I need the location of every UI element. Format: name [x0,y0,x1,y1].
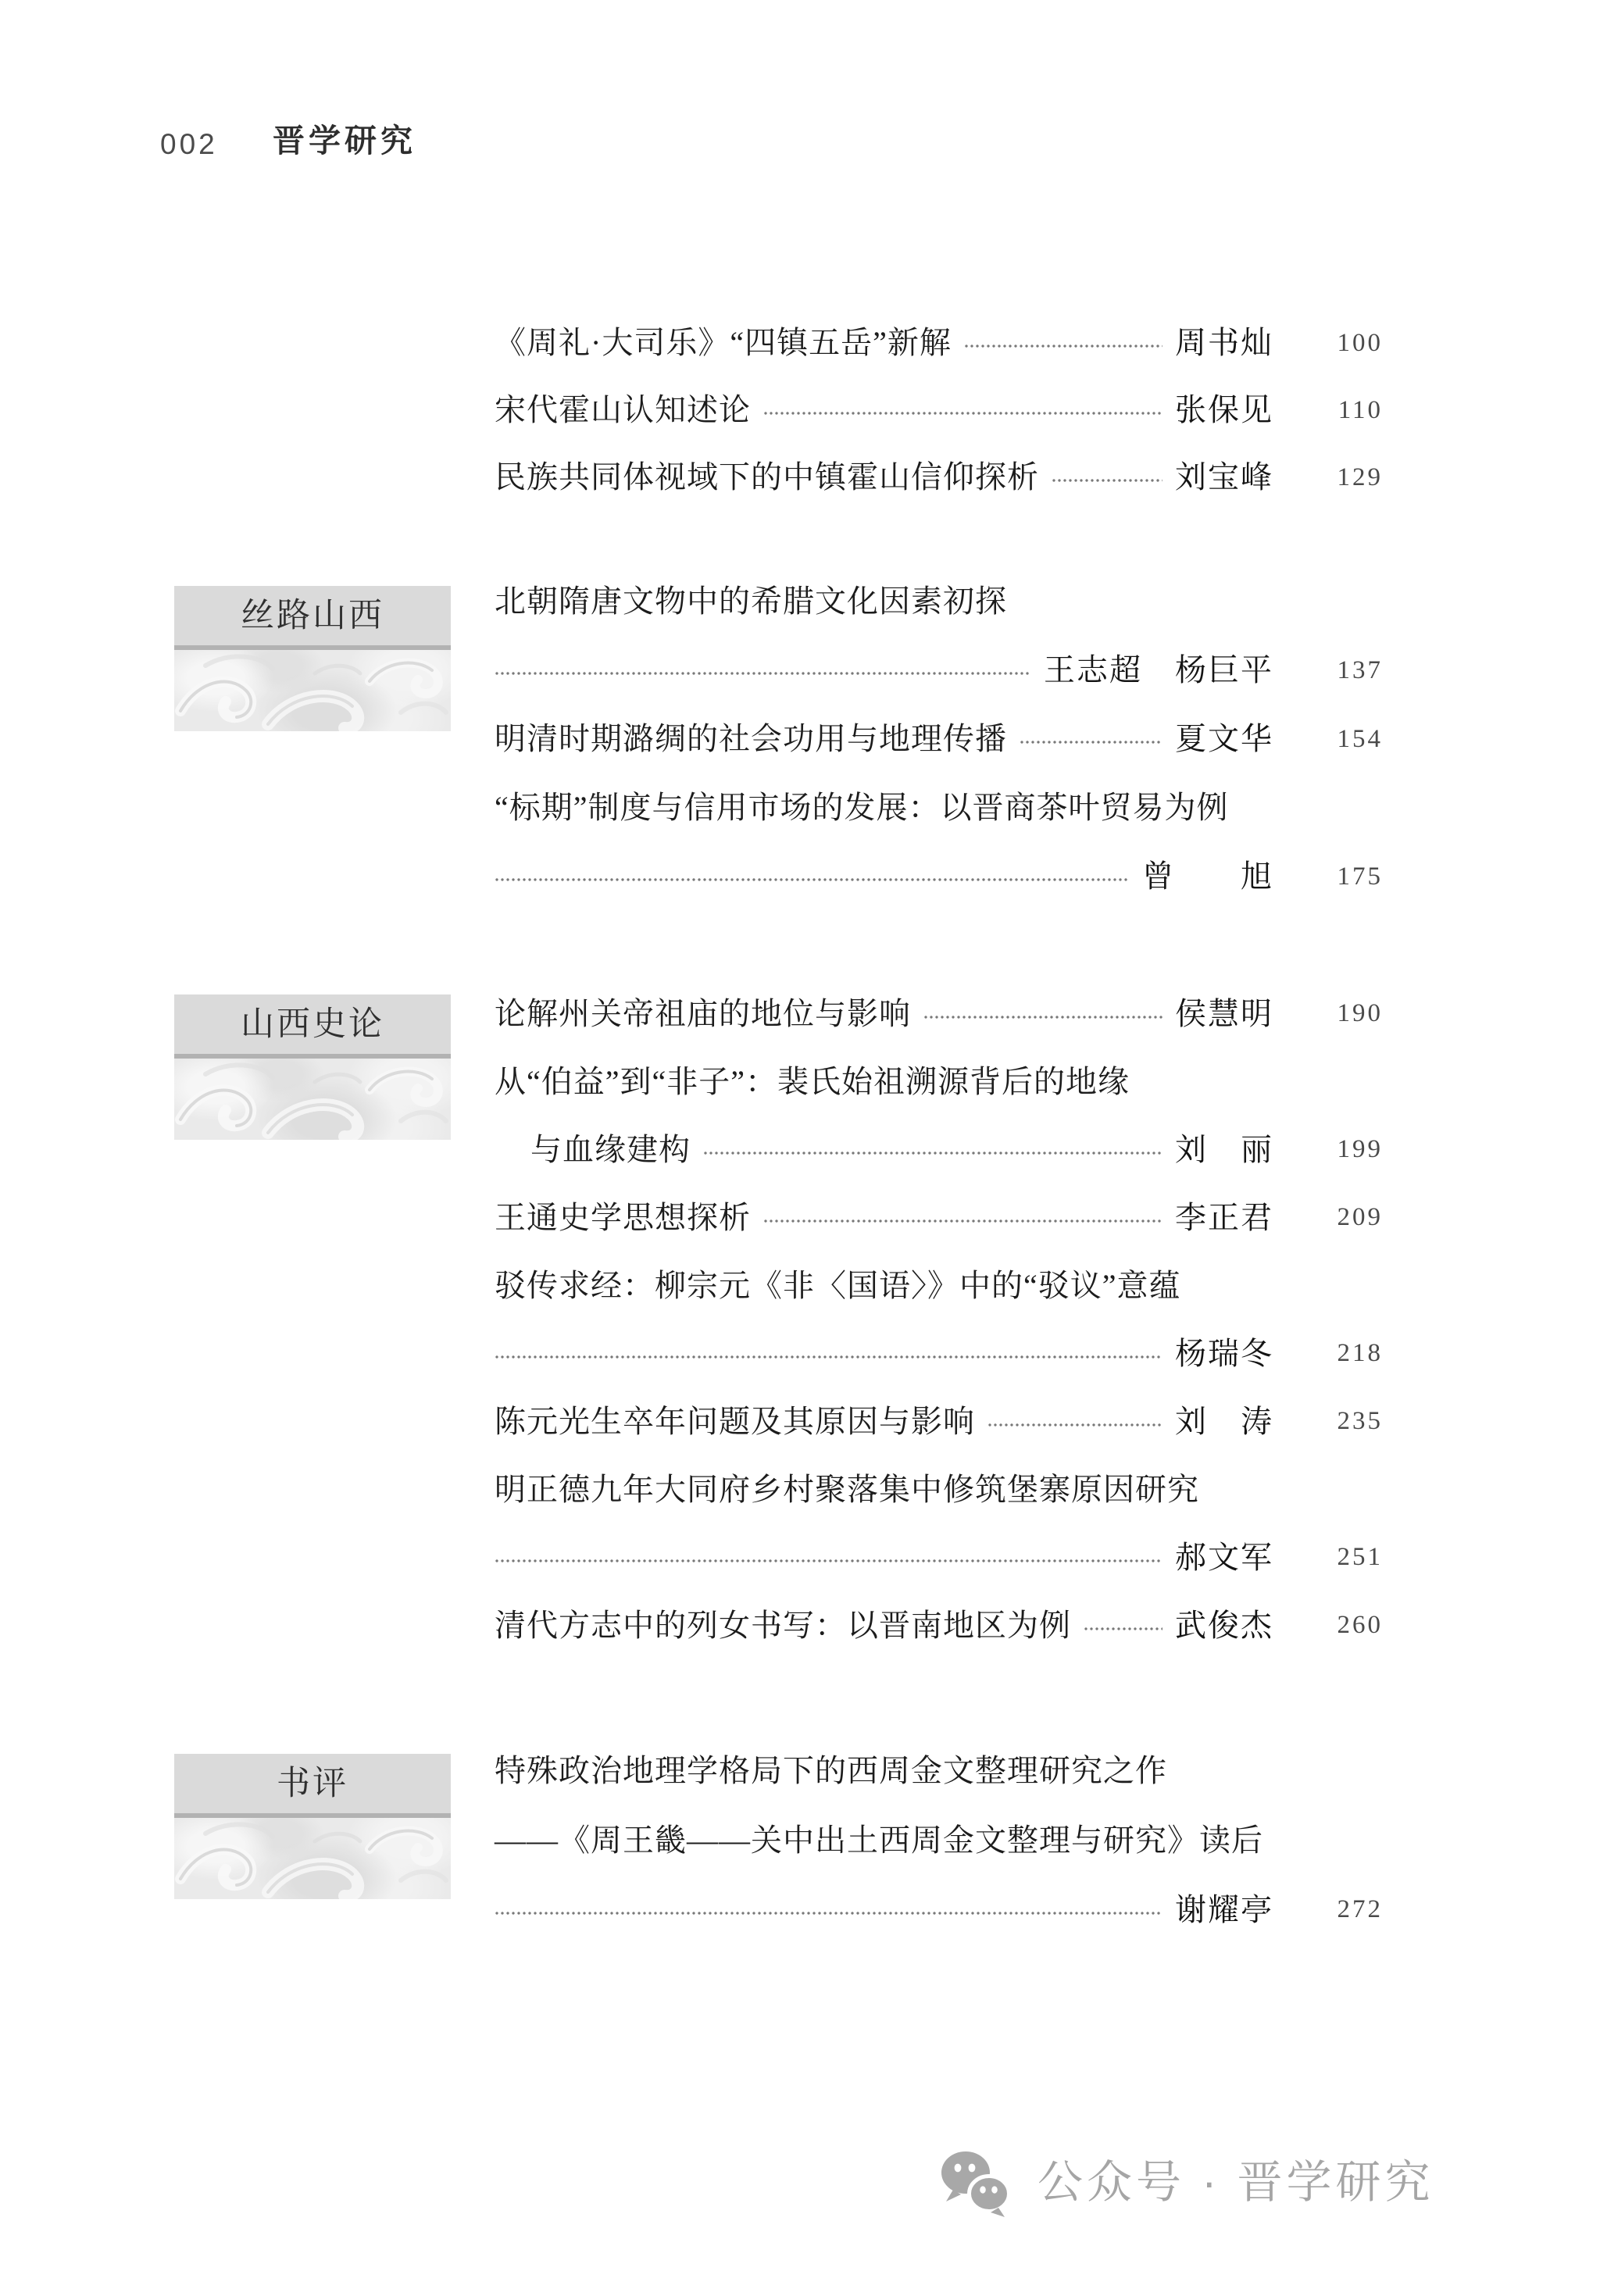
toc-group: 论解州关帝祖庙的地位与影响侯慧明190从“伯益”到“非子”：裴氏始祖溯源背后的地… [495,980,1383,1659]
toc-entry-row: 杨瑞冬218 [495,1319,1383,1387]
entry-title: “标期”制度与信用市场的发展：以晋商茶叶贸易为例 [495,789,1229,826]
entry-authors: 侯慧明 [1175,998,1273,1030]
dotted-leader [763,412,1162,415]
entry-title: 明清时期潞绸的社会功用与地理传播 [495,720,1007,757]
dotted-leader [987,1423,1162,1427]
watermark-text: 公众号 · 晋学研究 [1037,2160,1434,2205]
toc-entry-row: 民族共同体视域下的中镇霍山信仰探析刘宝峰129 [495,444,1383,511]
toc-entry-row: ——《周王畿——关中出土西周金文整理与研究》读后 [495,1805,1383,1875]
page-number: 002 [160,130,218,159]
entry-title: 宋代霍山认知述论 [495,391,751,428]
dotted-leader [763,1219,1162,1223]
toc-entry-row: 驳传求经：柳宗元《非〈国语〉》中的“驳议”意蕴 [495,1252,1383,1319]
entry-page-number: 218 [1273,1341,1383,1366]
toc-entry-row: 郝文军251 [495,1523,1383,1591]
entry-authors: 郝文军 [1175,1542,1273,1573]
section-band: 山西史论 [174,994,451,1054]
entry-authors: 武俊杰 [1175,1610,1273,1641]
toc-entry-row: 明正德九年大同府乡村聚落集中修筑堡寨原因研究 [495,1455,1383,1523]
entry-authors: 杨瑞冬 [1175,1338,1273,1369]
toc-entry-row: 清代方志中的列女书写：以晋南地区为例武俊杰260 [495,1591,1383,1659]
toc-entry-row: 王通史学思想探析李正君209 [495,1184,1383,1252]
entry-title: 清代方志中的列女书写：以晋南地区为例 [495,1607,1071,1644]
toc-entry-row: 北朝隋唐文物中的希腊文化因素初探 [495,567,1383,636]
entry-page-number: 260 [1273,1612,1383,1638]
entry-authors: 王志超 杨巨平 [1044,655,1273,686]
entry-title: ——《周王畿——关中出土西周金文整理与研究》读后 [495,1822,1263,1859]
entry-page-number: 100 [1273,330,1383,356]
entry-title: 《周礼·大司乐》“四镇五岳”新解 [495,324,952,361]
entry-authors: 张保见 [1175,395,1273,426]
journal-title: 晋学研究 [273,125,416,157]
toc-entry-row: 曾 旭175 [495,842,1383,911]
entry-page-number: 235 [1273,1409,1383,1434]
toc-entry-row: “标期”制度与信用市场的发展：以晋商茶叶贸易为例 [495,773,1383,842]
section-block-silk-road-shanxi: 丝路山西 [174,586,451,731]
entry-page-number: 251 [1273,1544,1383,1570]
entry-title: 驳传求经：柳宗元《非〈国语〉》中的“驳议”意蕴 [495,1267,1181,1304]
toc-entry-row: 从“伯益”到“非子”：裴氏始祖溯源背后的地缘 [495,1048,1383,1116]
entry-title: 王通史学思想探析 [495,1199,751,1236]
toc-entry-row: 特殊政治地理学格局下的西周金文整理研究之作 [495,1736,1383,1805]
cloud-texture [174,1818,451,1899]
dotted-leader [1052,479,1162,482]
section-block-shanxi-history: 山西史论 [174,994,451,1140]
section-block-book-review: 书评 [174,1754,451,1899]
dotted-leader [964,345,1162,348]
toc-page: 002 晋学研究 《周礼·大司乐》“四镇五岳”新解周书灿100宋代霍山认知述论张… [0,0,1600,2296]
entry-authors: 周书灿 [1175,327,1273,359]
entry-page-number: 154 [1273,727,1383,752]
entry-authors: 刘 丽 [1175,1134,1273,1166]
section-label: 丝路山西 [241,599,384,633]
cloud-texture [174,1059,451,1140]
dotted-leader [495,878,1130,881]
entry-title: 特殊政治地理学格局下的西周金文整理研究之作 [495,1752,1167,1789]
entry-page-number: 175 [1273,864,1383,890]
entry-title: 明正德九年大同府乡村聚落集中修筑堡寨原因研究 [495,1471,1199,1508]
toc-entry-row: 宋代霍山认知述论张保见110 [495,377,1383,444]
entry-authors: 曾 旭 [1142,861,1273,892]
entry-title: 与血缘建构 [495,1131,691,1168]
toc-entry-row: 陈元光生卒年问题及其原因与影响刘 涛235 [495,1387,1383,1455]
wechat-icon [936,2147,1017,2219]
entry-authors: 谢耀亭 [1175,1894,1273,1926]
entry-authors: 刘 涛 [1175,1406,1273,1437]
entry-authors: 夏文华 [1175,723,1273,755]
dotted-leader [495,1559,1162,1562]
dotted-leader [923,1016,1162,1019]
entry-page-number: 129 [1273,465,1383,491]
entry-title: 民族共同体视域下的中镇霍山信仰探析 [495,459,1039,495]
wechat-watermark: 公众号 · 晋学研究 [936,2147,1434,2219]
entry-page-number: 209 [1273,1205,1383,1230]
entry-title: 从“伯益”到“非子”：裴氏始祖溯源背后的地缘 [495,1063,1130,1100]
section-label: 山西史论 [241,1008,384,1041]
dotted-leader [1084,1627,1162,1630]
section-label: 书评 [277,1767,348,1801]
entry-title: 北朝隋唐文物中的希腊文化因素初探 [495,583,1007,620]
entry-title: 陈元光生卒年问题及其原因与影响 [495,1403,975,1440]
toc-entry-row: 王志超 杨巨平137 [495,636,1383,705]
entry-authors: 刘宝峰 [1175,462,1273,493]
dotted-leader [495,1355,1162,1359]
entry-page-number: 137 [1273,658,1383,684]
toc-entry-row: 谢耀亭272 [495,1875,1383,1944]
toc-entry-row: 明清时期潞绸的社会功用与地理传播夏文华154 [495,705,1383,773]
entry-page-number: 190 [1273,1001,1383,1027]
dotted-leader [495,1912,1162,1915]
dotted-leader [703,1152,1162,1155]
toc-group: 特殊政治地理学格局下的西周金文整理研究之作——《周王畿——关中出土西周金文整理与… [495,1736,1383,1944]
entry-page-number: 272 [1273,1897,1383,1923]
entry-page-number: 199 [1273,1137,1383,1162]
entry-title: 论解州关帝祖庙的地位与影响 [495,995,911,1032]
section-band: 丝路山西 [174,586,451,645]
dotted-leader [495,672,1031,675]
section-band: 书评 [174,1754,451,1813]
dotted-leader [1020,741,1162,744]
toc-group: 《周礼·大司乐》“四镇五岳”新解周书灿100宋代霍山认知述论张保见110民族共同… [495,309,1383,511]
cloud-texture [174,650,451,731]
entry-authors: 李正君 [1175,1202,1273,1234]
toc-entry-row: 《周礼·大司乐》“四镇五岳”新解周书灿100 [495,309,1383,377]
toc-entry-row: 与血缘建构刘 丽199 [495,1116,1383,1184]
toc-group: 北朝隋唐文物中的希腊文化因素初探王志超 杨巨平137明清时期潞绸的社会功用与地理… [495,567,1383,911]
entry-page-number: 110 [1273,398,1383,423]
toc-entry-row: 论解州关帝祖庙的地位与影响侯慧明190 [495,980,1383,1048]
